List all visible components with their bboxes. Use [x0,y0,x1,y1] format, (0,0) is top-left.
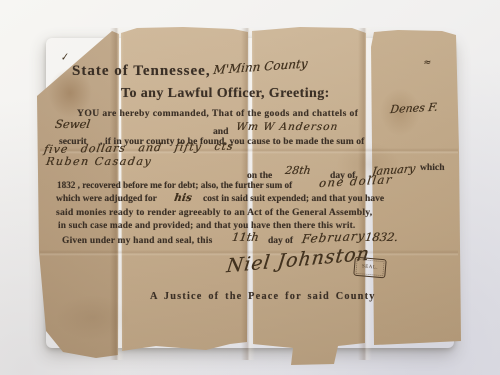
ink-squiggle-mark: ≈ [423,58,432,68]
printed-cost-clause: cost in said suit expended; and that you… [203,194,384,204]
handwritten-judgment-day: 28th [284,164,311,177]
printed-which-word: which [420,162,445,173]
photograph-of-document: ✓ ≈ State of Tennessee, M'Minn County To… [0,0,500,375]
handwritten-defendant-first-name: Denes F. [389,101,438,117]
handwritten-his-word: his [173,192,192,204]
printed-day-of-second: day of [268,236,293,246]
printed-state-heading: State of Tennessee, [72,63,211,80]
seal-label: SEAL. [362,264,379,270]
printed-commanded-clause: YOU are hereby commanded, That of the go… [77,108,358,119]
printed-justice-title: A Justice of the Peace for said County [150,291,376,302]
printed-adjudged-clause: which were adjudged for [56,194,157,204]
ink-tally-mark: ✓ [60,52,69,64]
handwritten-defendant-surname: Sewel [54,117,91,131]
printed-assembly-clause: said monies ready to render agreeably to… [56,207,372,218]
printed-salutation: To any Lawful Officer, Greeting: [121,86,330,102]
printed-recovered-clause: 1832 , recovered before me for debt; als… [57,180,292,190]
handwritten-writ-day: 11th [231,230,260,244]
printed-provided-clause: in such case made and provided; and that… [58,221,355,231]
handwritten-plaintiff: Ruben Casaday [45,155,153,168]
printed-given-clause: Given under my hand and seal, this [62,236,212,246]
handwritten-second-defendant: Wm W Anderson [235,121,339,133]
printed-seal-stamp: SEAL. [353,257,387,279]
